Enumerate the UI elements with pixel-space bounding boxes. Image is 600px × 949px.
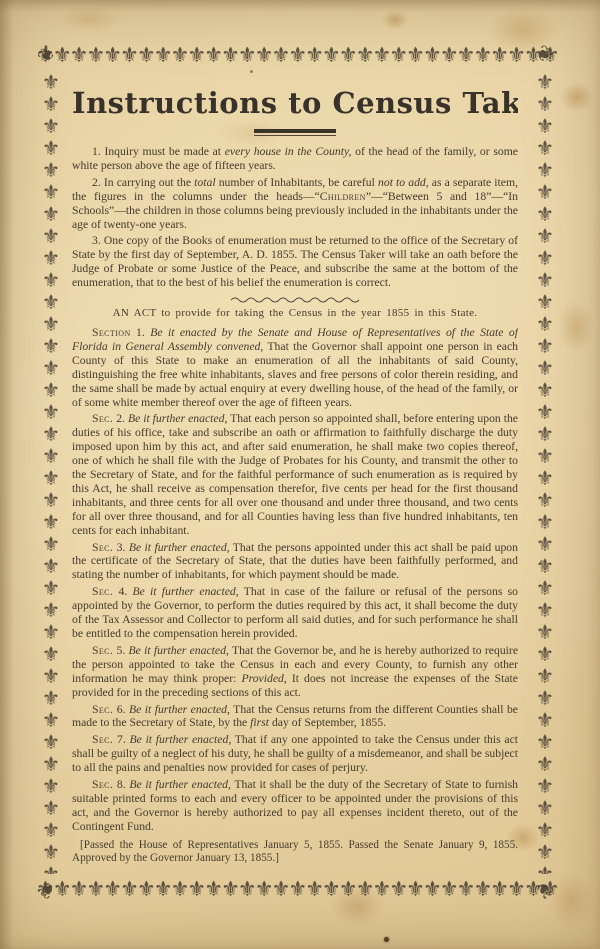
act-section-4: Sec. 4. Be it further enacted, That in c… — [72, 585, 518, 641]
instruction-paragraph-3: 3. One copy of the Books of enumeration … — [72, 234, 518, 290]
foxing-spot — [382, 10, 408, 30]
instruction-paragraph-1: 1. Inquiry must be made at every house i… — [72, 145, 518, 173]
act-section-1: Section 1. Be it enacted by the Senate a… — [72, 326, 518, 409]
document-body: Instructions to Census Taker. 1. Inquiry… — [72, 86, 518, 874]
border-right-ornament: ⚜⚜⚜⚜⚜⚜⚜⚜⚜⚜⚜⚜⚜⚜⚜⚜⚜⚜⚜⚜⚜⚜⚜⚜⚜⚜⚜⚜⚜⚜⚜⚜⚜⚜⚜⚜⚜⚜⚜⚜… — [530, 70, 560, 874]
border-left-ornament: ⚜⚜⚜⚜⚜⚜⚜⚜⚜⚜⚜⚜⚜⚜⚜⚜⚜⚜⚜⚜⚜⚜⚜⚜⚜⚜⚜⚜⚜⚜⚜⚜⚜⚜⚜⚜⚜⚜⚜⚜… — [36, 70, 66, 874]
foxing-spot — [558, 300, 594, 354]
act-section-3: Sec. 3. Be it further enacted, That the … — [72, 541, 518, 583]
scan-edge-shadow — [0, 0, 600, 12]
act-section-2: Sec. 2. Be it further enacted, That each… — [72, 412, 518, 537]
act-section-5: Sec. 5. Be it further enacted, That the … — [72, 644, 518, 700]
foxing-spot — [560, 82, 594, 112]
instruction-paragraph-2: 2. In carrying out the total number of I… — [72, 176, 518, 232]
act-section-7: Sec. 7. Be it further enacted, That if a… — [72, 733, 518, 775]
page-title: Instructions to Census Taker. — [72, 86, 518, 120]
border-bottom-ornament: ⚜⚜⚜⚜⚜⚜⚜⚜⚜⚜⚜⚜⚜⚜⚜⚜⚜⚜⚜⚜⚜⚜⚜⚜⚜⚜⚜⚜⚜⚜⚜⚜⚜⚜⚜⚜⚜⚜⚜⚜… — [36, 874, 560, 905]
passed-note: [Passed the House of Representatives Jan… — [72, 839, 518, 865]
act-section-8: Sec. 8. Be it further enacted, That it s… — [72, 778, 518, 834]
title-divider-rule — [254, 129, 336, 136]
act-section-6: Sec. 6. Be it further enacted, That the … — [72, 703, 518, 731]
act-heading: AN ACT to provide for taking the Census … — [72, 307, 518, 321]
document-page: ⚜⚜⚜⚜⚜⚜⚜⚜⚜⚜⚜⚜⚜⚜⚜⚜⚜⚜⚜⚜⚜⚜⚜⚜⚜⚜⚜⚜⚜⚜⚜⚜⚜⚜⚜⚜⚜⚜⚜⚜… — [0, 0, 600, 949]
wavy-divider-icon — [72, 296, 518, 304]
border-top-ornament: ⚜⚜⚜⚜⚜⚜⚜⚜⚜⚜⚜⚜⚜⚜⚜⚜⚜⚜⚜⚜⚜⚜⚜⚜⚜⚜⚜⚜⚜⚜⚜⚜⚜⚜⚜⚜⚜⚜⚜⚜… — [36, 40, 560, 71]
scan-edge-shadow — [0, 0, 14, 949]
ink-speck — [384, 937, 389, 942]
